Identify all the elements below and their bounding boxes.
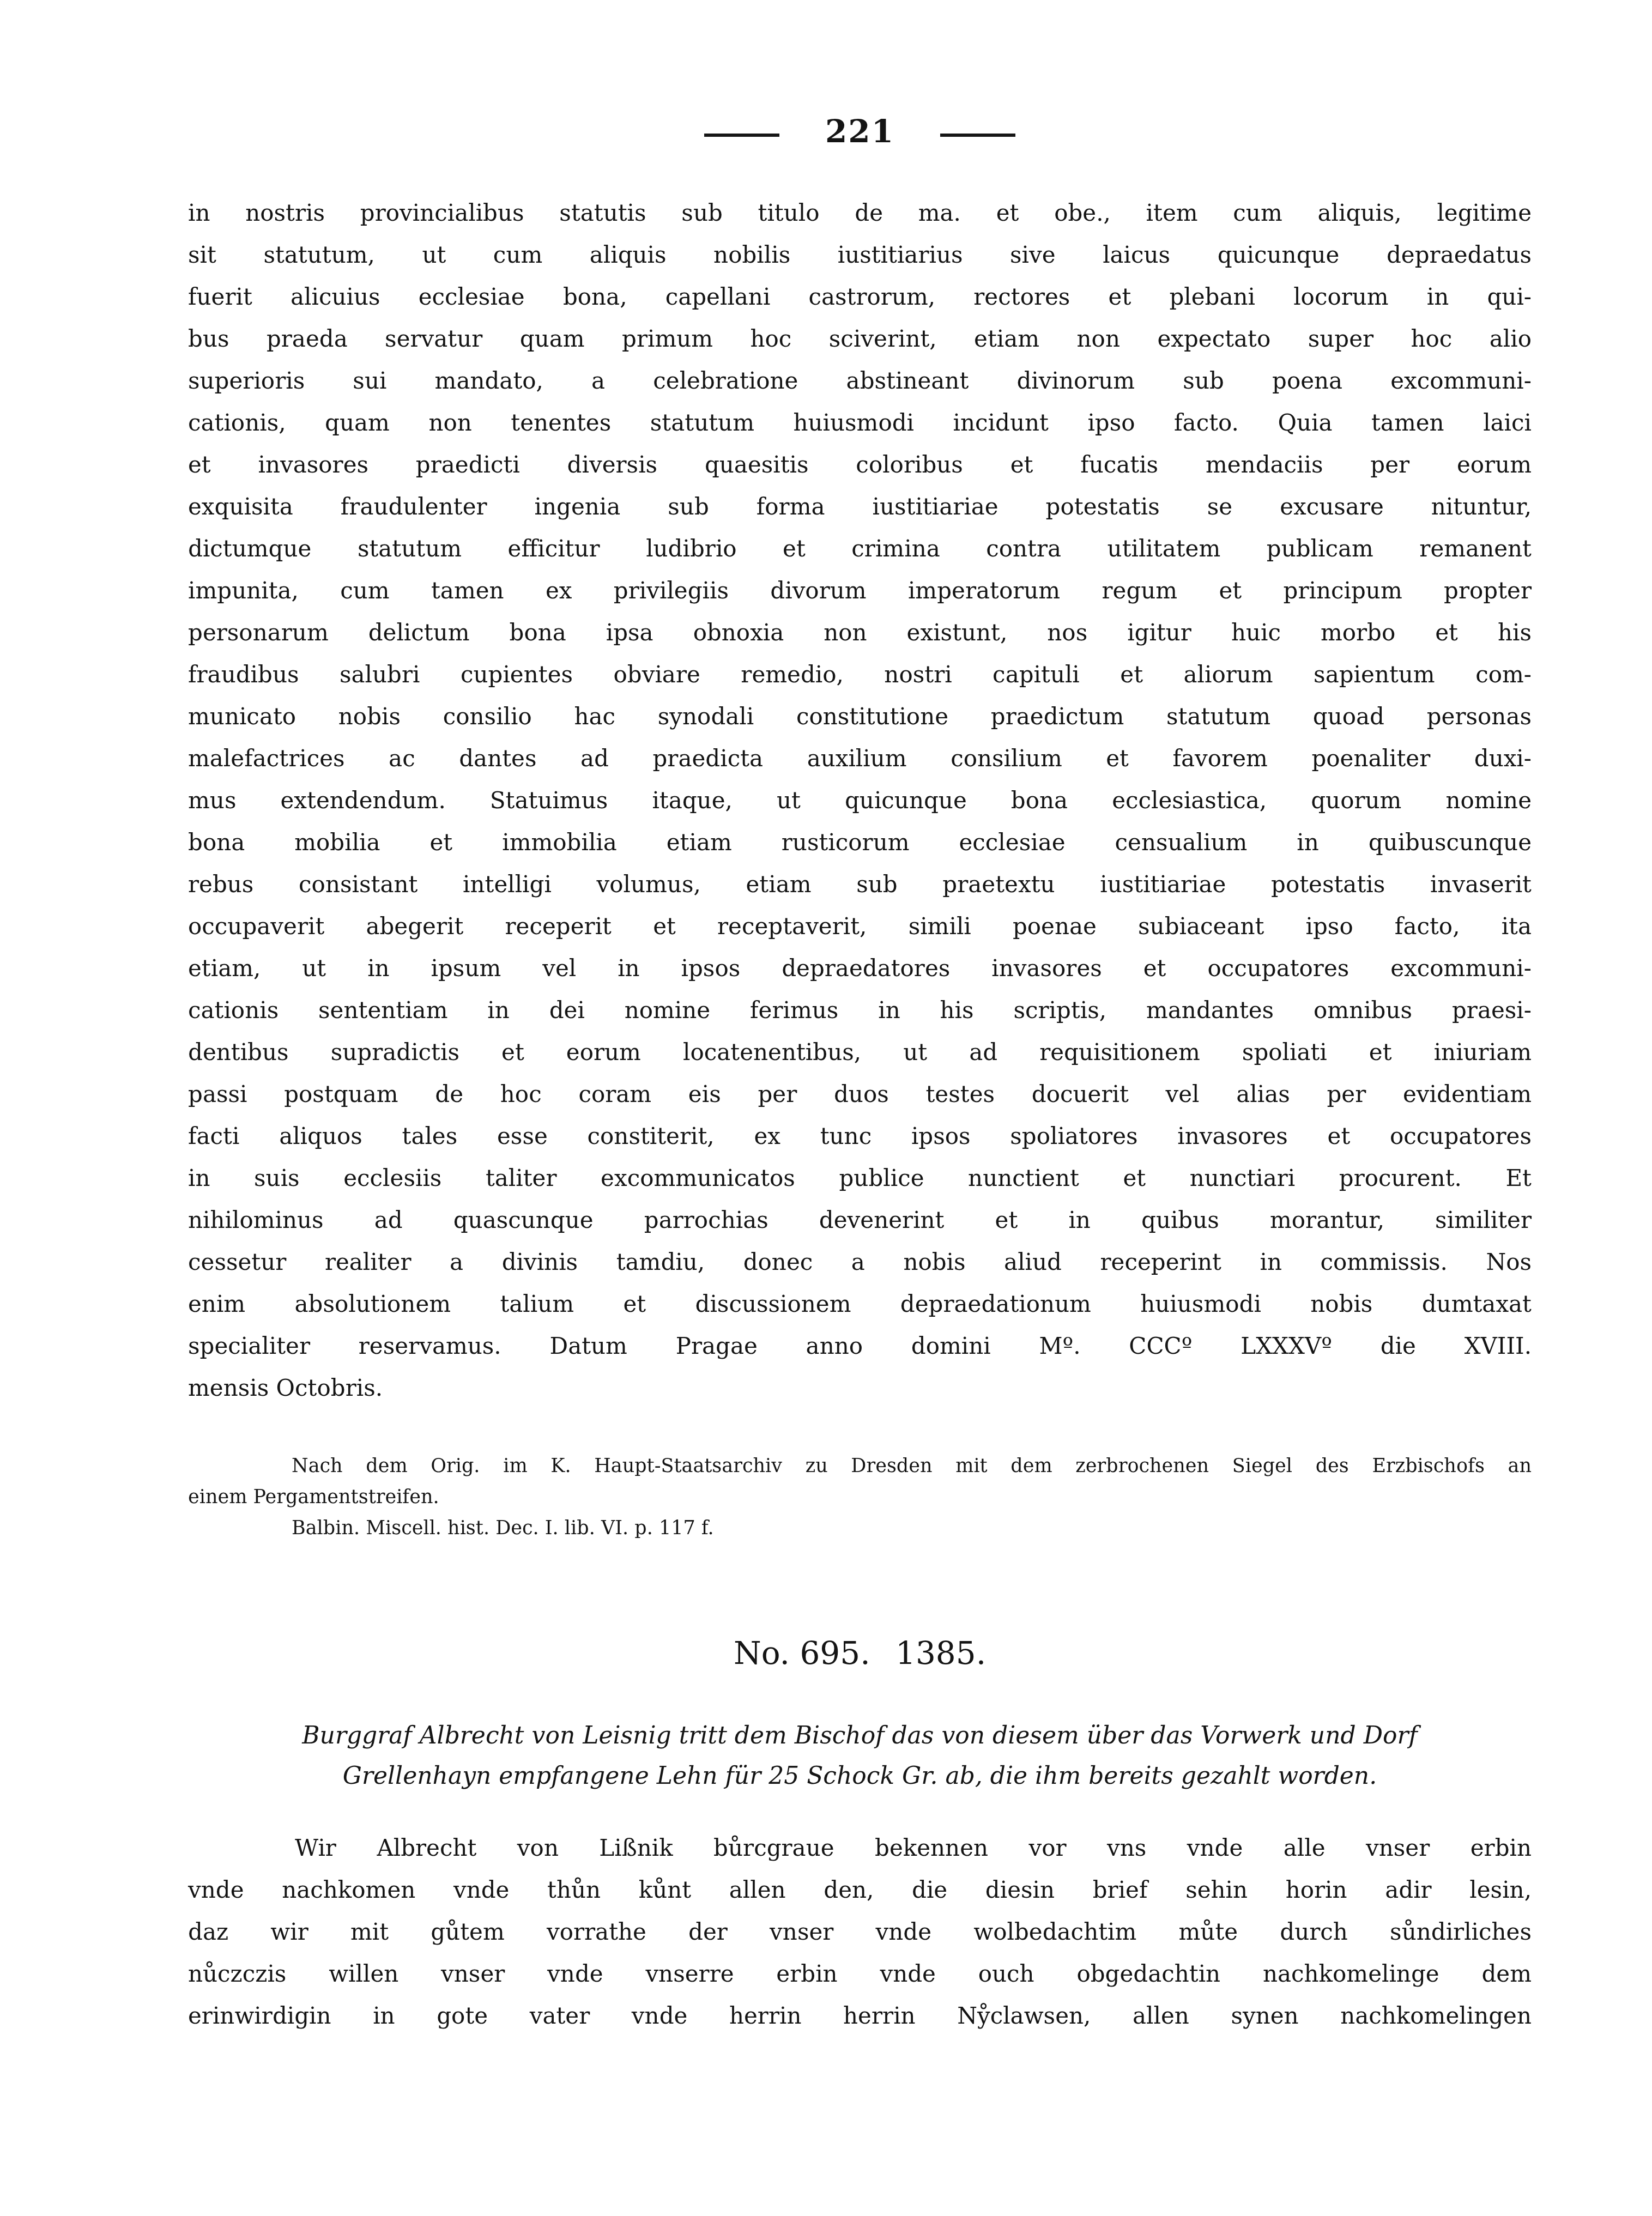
text-line: daz wir mit gůtem vorrathe der vnser vnd… <box>188 1911 1532 1953</box>
text-line: occupaverit abegerit receperit et recept… <box>188 905 1532 947</box>
text-line: dentibus supradictis et eorum locatenent… <box>188 1031 1532 1073</box>
source-note: Nach dem Orig. im K. Haupt-Staatsarchiv … <box>188 1451 1532 1544</box>
text-line: nihilominus ad quascunque parrochias dev… <box>188 1199 1532 1241</box>
text-line: sit statutum, ut cum aliquis nobilis ius… <box>188 234 1532 276</box>
entry-summary: Burggraf Albrecht von Leisnig tritt dem … <box>188 1716 1532 1796</box>
text-line: et invasores praedicti diversis quaesiti… <box>188 444 1532 486</box>
text-line: etiam, ut in ipsum vel in ipsos depraeda… <box>188 947 1532 989</box>
header-rule-left <box>704 134 779 137</box>
text-line: fuerit alicuius ecclesiae bona, capellan… <box>188 276 1532 318</box>
text-line: specialiter reservamus. Datum Pragae ann… <box>188 1325 1532 1367</box>
entry-heading: No. 695. 1385. <box>188 1628 1532 1678</box>
text-line: in suis ecclesiis taliter excommunicatos… <box>188 1157 1532 1199</box>
text-line: in nostris provincialibus statutis sub t… <box>188 192 1532 234</box>
source-note-line-1: Nach dem Orig. im K. Haupt-Staatsarchiv … <box>188 1451 1532 1482</box>
text-line: cessetur realiter a divinis tamdiu, done… <box>188 1241 1532 1283</box>
text-line: malefactrices ac dantes ad praedicta aux… <box>188 737 1532 779</box>
text-line: bus praeda servatur quam primum hoc sciv… <box>188 318 1532 360</box>
entry-number: No. 695. <box>734 1634 870 1672</box>
text-line: fraudibus salubri cupientes obviare reme… <box>188 653 1532 695</box>
latin-text-block: in nostris provincialibus statutis sub t… <box>188 192 1532 1409</box>
summary-line: Burggraf Albrecht von Leisnig tritt dem … <box>188 1716 1532 1756</box>
text-line: municato nobis consilio hac synodali con… <box>188 695 1532 737</box>
source-note-line-2: einem Pergamentstreifen. <box>188 1482 1532 1513</box>
text-line: exquisita fraudulenter ingenia sub forma… <box>188 486 1532 528</box>
page-header: 221 <box>188 107 1532 156</box>
source-note-line-3: Balbin. Miscell. hist. Dec. I. lib. VI. … <box>188 1513 1532 1544</box>
text-line: impunita, cum tamen ex privilegiis divor… <box>188 570 1532 611</box>
summary-line: Grellenhayn empfangene Lehn für 25 Schoc… <box>188 1756 1532 1796</box>
page-number: 221 <box>825 113 894 150</box>
text-line: superioris sui mandato, a celebratione a… <box>188 360 1532 402</box>
text-line: erinwirdigin in gote vater vnde herrin h… <box>188 1995 1532 2037</box>
text-line: personarum delictum bona ipsa obnoxia no… <box>188 611 1532 653</box>
text-line: mensis Octobris. <box>188 1367 1532 1409</box>
text-line: cationis sententiam in dei nomine ferimu… <box>188 989 1532 1031</box>
text-line: passi postquam de hoc coram eis per duos… <box>188 1073 1532 1115</box>
text-line: rebus consistant intelligi volumus, etia… <box>188 863 1532 905</box>
entry-year: 1385. <box>895 1634 986 1672</box>
text-line: facti aliquos tales esse constiterit, ex… <box>188 1115 1532 1157</box>
text-line: nůczczis willen vnser vnde vnserre erbin… <box>188 1953 1532 1995</box>
text-line: vnde nachkomen vnde thůn kůnt allen den,… <box>188 1869 1532 1911</box>
header-rule-right <box>940 134 1015 137</box>
text-line: dictumque statutum efficitur ludibrio et… <box>188 528 1532 570</box>
entry-body-text: Wir Albrecht von Lißnik bůrcgraue bekenn… <box>188 1827 1532 2037</box>
text-line: Wir Albrecht von Lißnik bůrcgraue bekenn… <box>188 1827 1532 1869</box>
book-page: 221 in nostris provincialibus statutis s… <box>0 0 1652 2216</box>
text-line: mus extendendum. Statuimus itaque, ut qu… <box>188 779 1532 821</box>
text-line: enim absolutionem talium et discussionem… <box>188 1283 1532 1325</box>
text-line: cationis, quam non tenentes statutum hui… <box>188 402 1532 444</box>
text-line: bona mobilia et immobilia etiam rusticor… <box>188 821 1532 863</box>
